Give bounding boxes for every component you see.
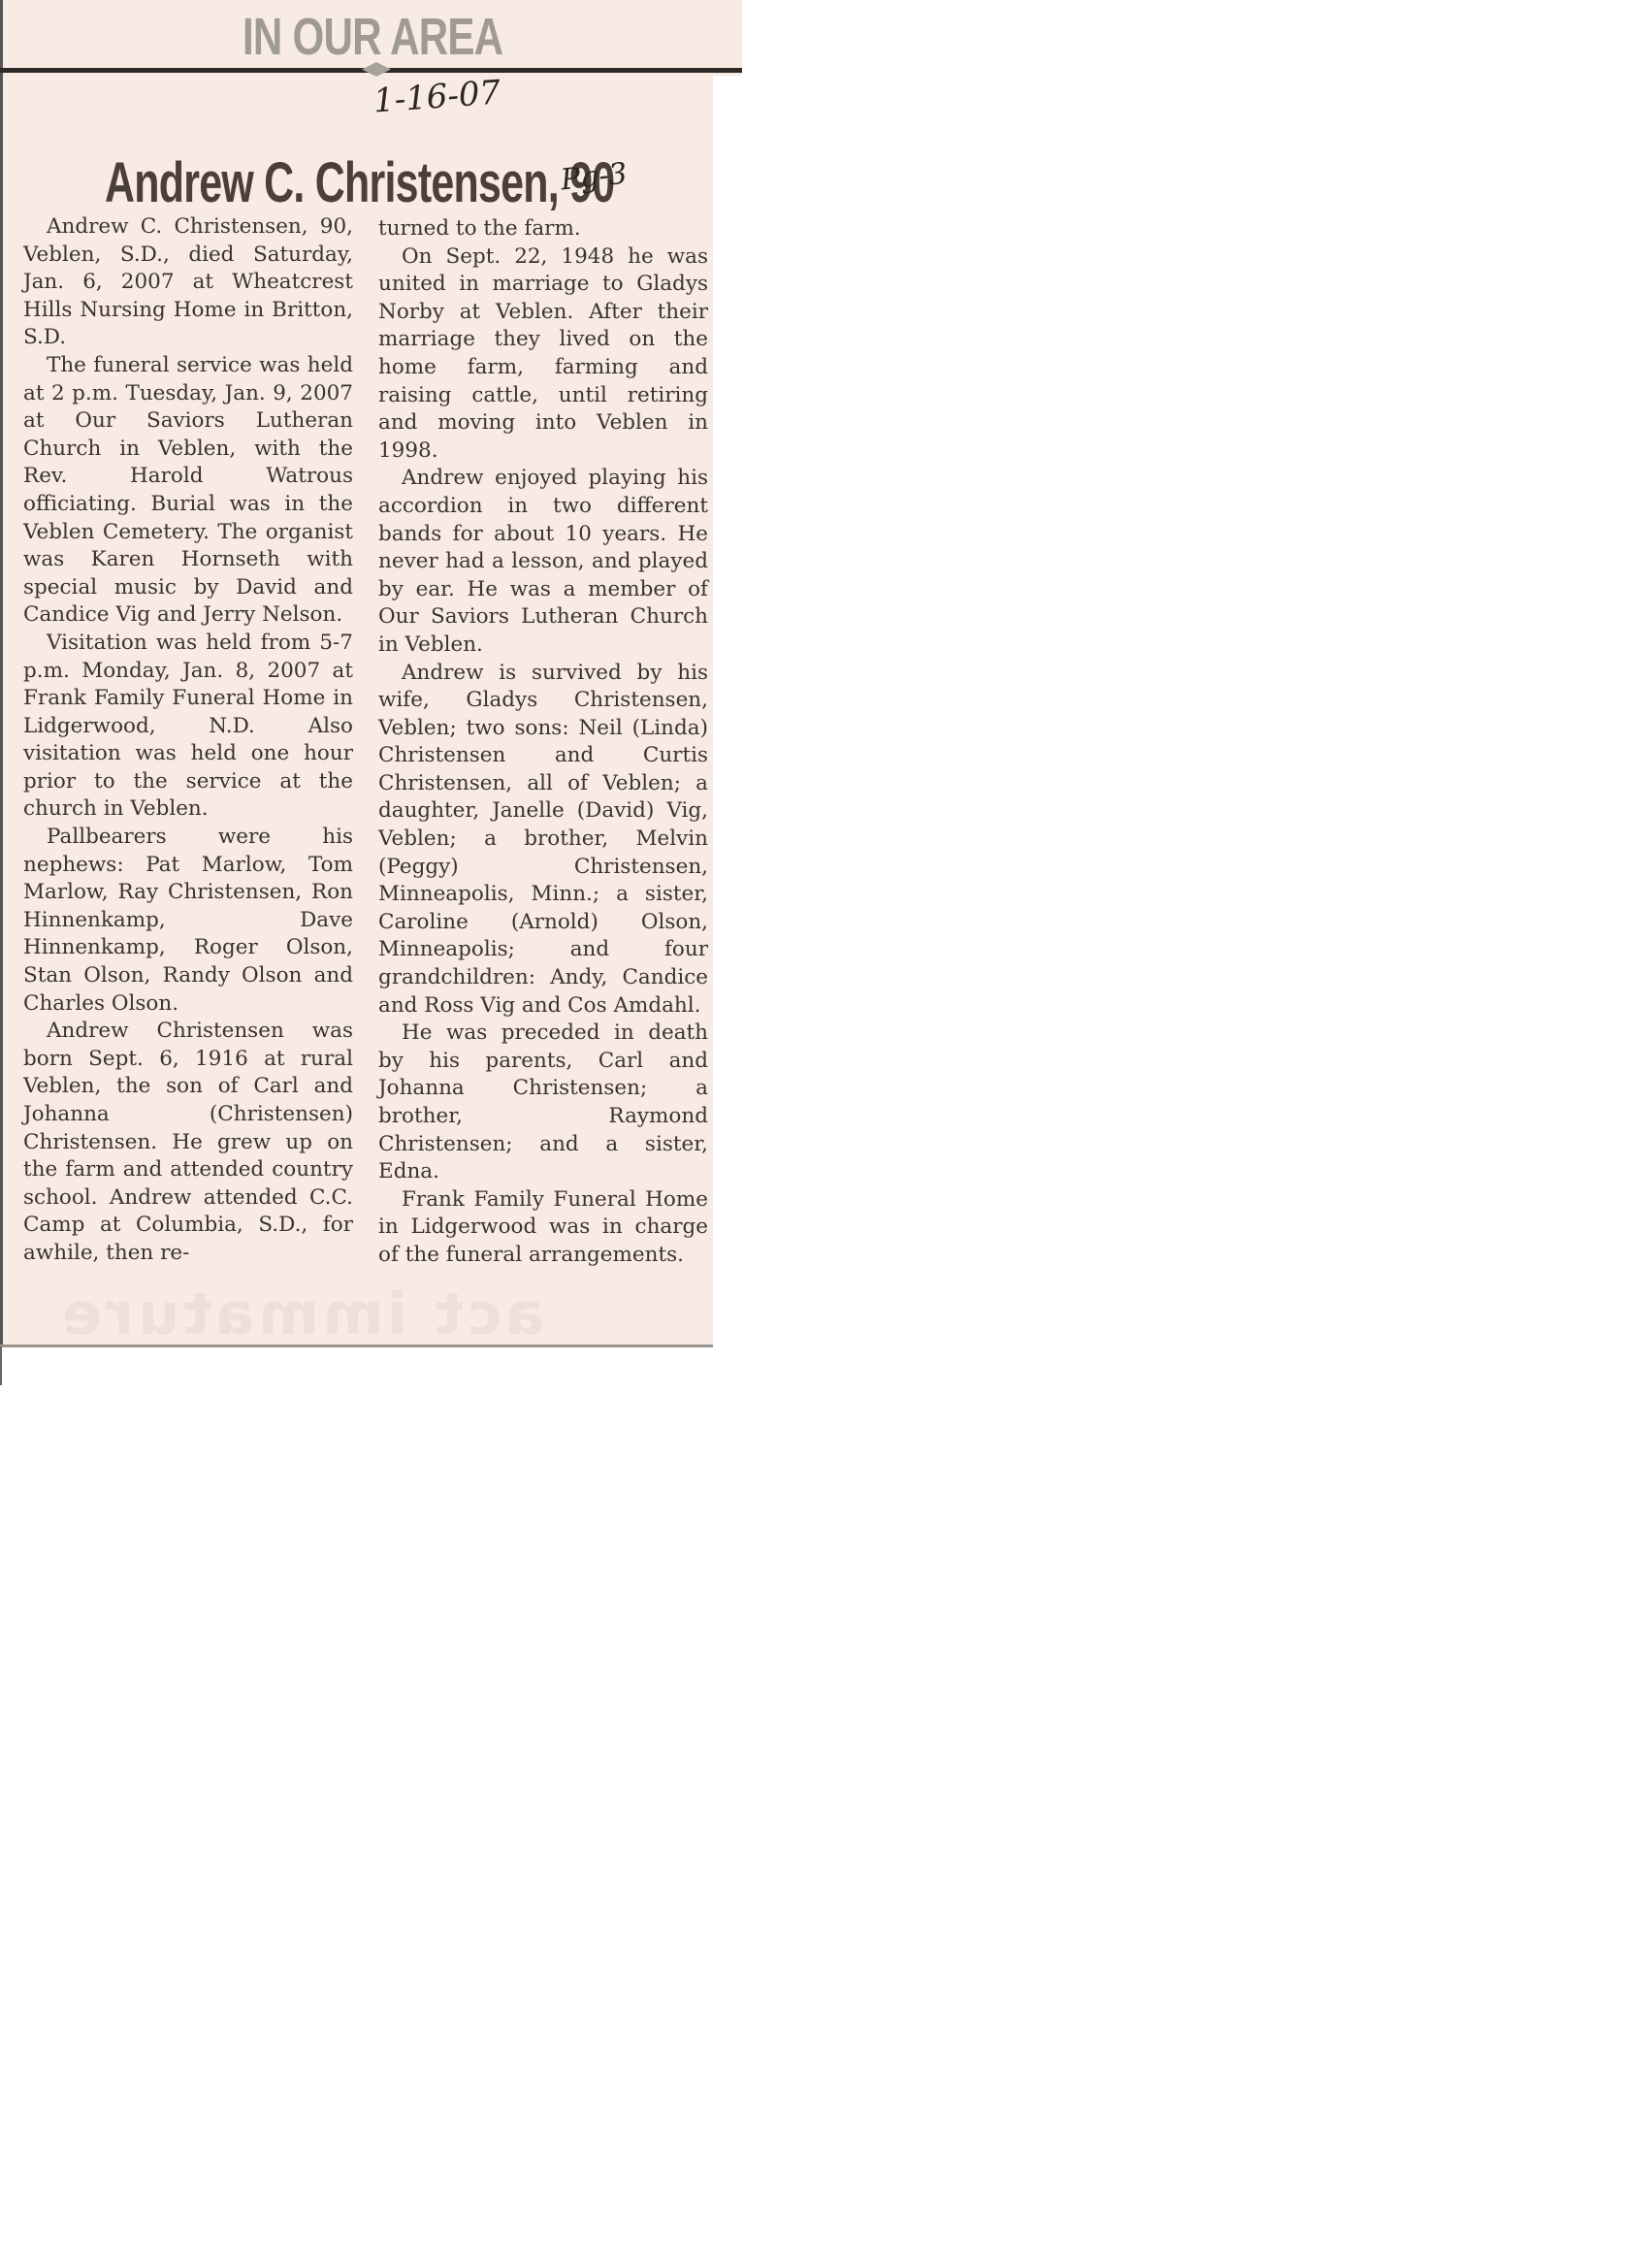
scan-edge-left bbox=[0, 1346, 2, 1385]
clipping-header-tab bbox=[713, 0, 742, 76]
paragraph-arrangements: Frank Family Funeral Home in Lidgerwood … bbox=[378, 1186, 708, 1270]
paragraph-hobbies: Andrew enjoyed playing his accordion in … bbox=[378, 465, 708, 659]
paragraph-funeral-service: The funeral service was held at 2 p.m. T… bbox=[23, 352, 353, 630]
paragraph-biography: Andrew Christensen was born Sept. 6, 191… bbox=[23, 1018, 353, 1267]
paragraph-survivors: Andrew is survived by his wife, Gladys C… bbox=[378, 660, 708, 1021]
paragraph-marriage: On Sept. 22, 1948 he was united in marri… bbox=[378, 243, 708, 466]
handwritten-page-number: Pg-3 bbox=[559, 157, 629, 198]
obituary-title: Andrew C. Christensen, 90 bbox=[83, 149, 636, 217]
section-header: IN OUR AREA bbox=[83, 8, 663, 66]
paragraph-visitation: Visitation was held from 5-7 p.m. Monday… bbox=[23, 630, 353, 824]
paragraph-death-notice: Andrew C. Christensen, 90, Veblen, S.D.,… bbox=[23, 213, 353, 352]
obituary-column-right: turned to the farm. On Sept. 22, 1948 he… bbox=[378, 215, 708, 1270]
paragraph-biography-continued: turned to the farm. bbox=[378, 215, 708, 243]
bleed-through-text: act immature bbox=[58, 1280, 544, 1348]
paragraph-pallbearers: Pallbearers were his nephews: Pat Marlow… bbox=[23, 824, 353, 1018]
paragraph-preceded-in-death: He was preceded in death by his parents,… bbox=[378, 1020, 708, 1186]
clipping-bottom-edge bbox=[0, 1345, 713, 1347]
obituary-column-left: Andrew C. Christensen, 90, Veblen, S.D.,… bbox=[23, 213, 353, 1268]
